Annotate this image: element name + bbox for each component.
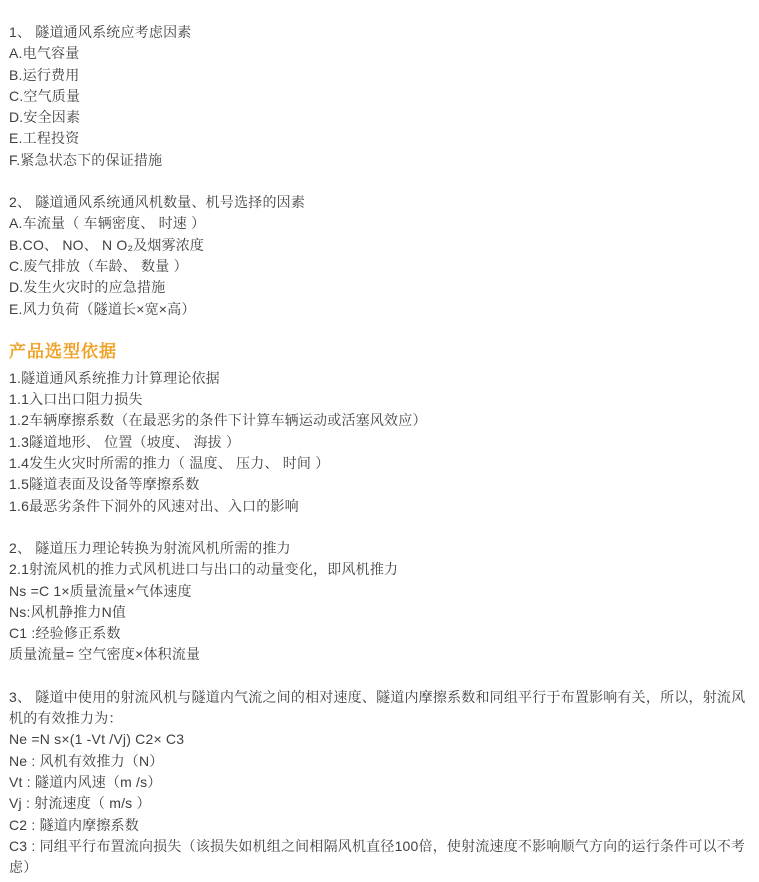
section-considerations: 1、 隧道通风系统应考虑因素 A.电气容量 B.运行费用 C.空气质量 D.安全… <box>9 22 747 171</box>
definition-line: Vj : 射流速度（ m/s ） <box>9 793 747 814</box>
list-item: 1.2车辆摩擦系数（在最恶劣的条件下计算车辆运动或活塞风效应） <box>9 410 747 431</box>
formula-line: 质量流量= 空气密度×体积流量 <box>9 644 747 665</box>
section4-title: 2、 隧道压力理论转换为射流风机所需的推力 <box>9 538 747 559</box>
definition-line: Ne : 风机有效推力（N） <box>9 751 747 772</box>
list-item: C.空气质量 <box>9 86 747 107</box>
list-item: 1.4发生火灾时所需的推力（ 温度、 压力、 时间 ） <box>9 453 747 474</box>
definition-line: Vt : 隧道内风速（m /s） <box>9 772 747 793</box>
section-pressure-conversion: 2、 隧道压力理论转换为射流风机所需的推力 2.1射流风机的推力式风机进口与出口… <box>9 538 747 666</box>
list-item: D.发生火灾时的应急措施 <box>9 277 747 298</box>
section1-title: 1、 隧道通风系统应考虑因素 <box>9 22 747 43</box>
section-effective-thrust: 3、 隧道中使用的射流风机与隧道内气流之间的相对速度、隧道内摩擦系数和同组平行于… <box>9 687 747 879</box>
section2-title: 2、 隧道通风系统通风机数量、机号选择的因素 <box>9 192 747 213</box>
list-item: E.风力负荷（隧道长×宽×高） <box>9 299 747 320</box>
list-item: A.车流量（ 车辆密度、 时速 ） <box>9 213 747 234</box>
definition-line: Ns:风机静推力N值 <box>9 602 747 623</box>
formula-line: Ne =N s×(1 -Vt /Vj) C2× C3 <box>9 729 747 750</box>
document-page: 1、 隧道通风系统应考虑因素 A.电气容量 B.运行费用 C.空气质量 D.安全… <box>0 0 759 882</box>
product-selection-heading: 产品选型依据 <box>9 340 747 364</box>
section-fan-selection-factors: 2、 隧道通风系统通风机数量、机号选择的因素 A.车流量（ 车辆密度、 时速 ）… <box>9 192 747 320</box>
list-item: E.工程投资 <box>9 128 747 149</box>
formula-line: Ns =C 1×质量流量×气体速度 <box>9 581 747 602</box>
definition-line: C3 : 同组平行布置流向损失（该损失如机组之间相隔风机直径100倍，使射流速度… <box>9 836 747 879</box>
section-thrust-theory: 1.隧道通风系统推力计算理论依据 1.1入口出口阻力损失 1.2车辆摩擦系数（在… <box>9 368 747 517</box>
list-item: 1.1入口出口阻力损失 <box>9 389 747 410</box>
section3-title: 1.隧道通风系统推力计算理论依据 <box>9 368 747 389</box>
section5-paragraph: 3、 隧道中使用的射流风机与隧道内气流之间的相对速度、隧道内摩擦系数和同组平行于… <box>9 687 747 730</box>
list-item: 2.1射流风机的推力式风机进口与出口的动量变化，即风机推力 <box>9 559 747 580</box>
list-item: F.紧急状态下的保证措施 <box>9 150 747 171</box>
definition-line: C1 :经验修正系数 <box>9 623 747 644</box>
list-item: B.运行费用 <box>9 65 747 86</box>
list-item: A.电气容量 <box>9 43 747 64</box>
list-item: 1.3隧道地形、 位置（坡度、 海拔 ） <box>9 432 747 453</box>
definition-line: C2 : 隧道内摩擦系数 <box>9 815 747 836</box>
list-item: B.CO、 NO、 N O₂及烟雾浓度 <box>9 235 747 256</box>
list-item: 1.5隧道表面及设备等摩擦系数 <box>9 474 747 495</box>
list-item: C.废气排放（车龄、 数量 ） <box>9 256 747 277</box>
list-item: D.安全因素 <box>9 107 747 128</box>
list-item: 1.6最恶劣条件下洞外的风速对出、入口的影响 <box>9 496 747 517</box>
